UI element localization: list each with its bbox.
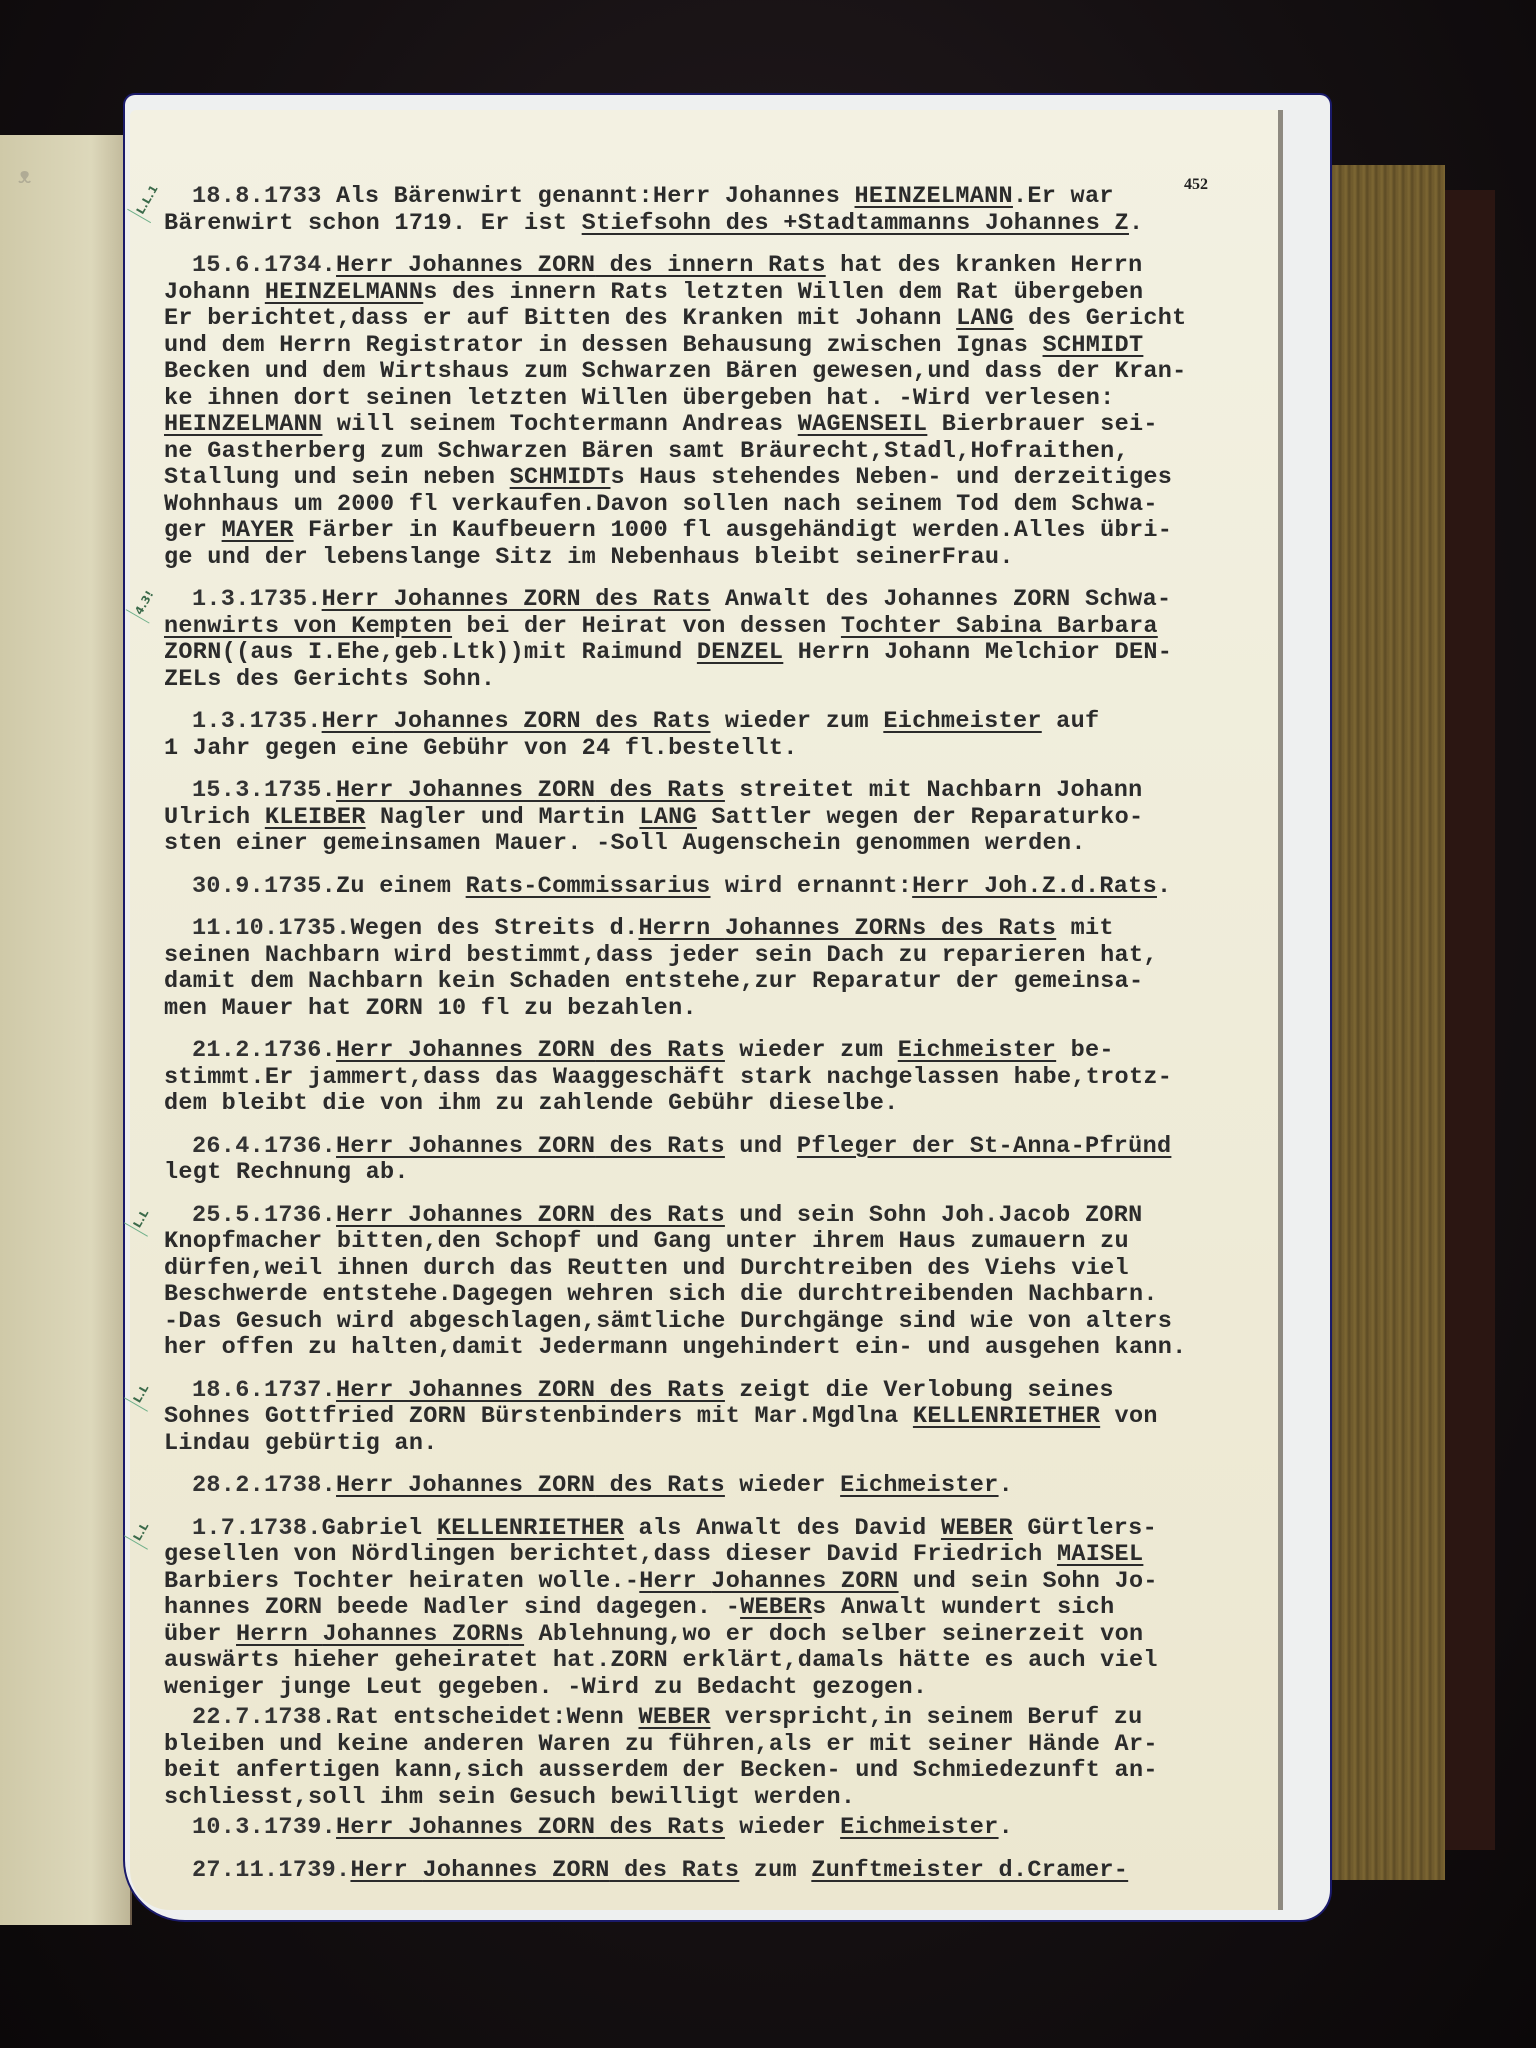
entry-22.7.1738: 22.7.1738.Rat entscheidet:Wenn WEBER ver… bbox=[164, 1705, 1254, 1811]
entry-1.3.1735: 1.3.1735.Herr Johannes ZORN des Rats wie… bbox=[164, 709, 1254, 762]
entry-date: 26.4.1736. bbox=[192, 1133, 336, 1160]
entry-line: men Mauer hat ZORN 10 fl zu bezahlen. bbox=[164, 996, 1254, 1023]
entry-11.10.1735: 11.10.1735.Wegen des Streits d.Herrn Joh… bbox=[164, 916, 1254, 1022]
book-page-edges bbox=[1325, 165, 1445, 1880]
entry-text: Herr Johannes ZORN des Rats Anwalt des J… bbox=[322, 586, 1172, 613]
entry-26.4.1736: 26.4.1736.Herr Johannes ZORN des Rats un… bbox=[164, 1134, 1254, 1187]
entry-text: Zu einem Rats-Commissarius wird ernannt:… bbox=[336, 873, 1171, 900]
entry-first-line: 25.5.1736.Herr Johannes ZORN des Rats un… bbox=[164, 1203, 1254, 1230]
entry-line: ne Gastherberg zum Schwarzen Bären samt … bbox=[164, 439, 1254, 466]
entry-line: Johann HEINZELMANNs des innern Rats letz… bbox=[164, 280, 1254, 307]
entry-first-line: 10.3.1739.Herr Johannes ZORN des Rats wi… bbox=[164, 1815, 1254, 1842]
entry-date: 1.3.1735. bbox=[192, 586, 322, 613]
entry-line: -Das Gesuch wird abgeschlagen,sämtliche … bbox=[164, 1309, 1254, 1336]
entry-first-line: 28.2.1738.Herr Johannes ZORN des Rats wi… bbox=[164, 1473, 1254, 1500]
entry-first-line: 1.7.1738.Gabriel KELLENRIETHER als Anwal… bbox=[164, 1516, 1254, 1543]
entry-15.6.1734: 15.6.1734.Herr Johannes ZORN des innern … bbox=[164, 253, 1254, 571]
entry-line: nenwirts von Kempten bei der Heirat von … bbox=[164, 614, 1254, 641]
entry-date: 15.6.1734. bbox=[192, 252, 336, 279]
entry-line: gesellen von Nördlingen berichtet,dass d… bbox=[164, 1542, 1254, 1569]
entry-text: Herr Johannes ZORN des Rats und Pfleger … bbox=[336, 1133, 1171, 1160]
margin-annotation: L.L.1 bbox=[127, 180, 167, 223]
entry-28.2.1738: 28.2.1738.Herr Johannes ZORN des Rats wi… bbox=[164, 1473, 1254, 1500]
bleed-through-text: ᴥ bbox=[18, 165, 31, 190]
entry-line: seinen Nachbarn wird bestimmt,dass jeder… bbox=[164, 943, 1254, 970]
margin-annotation: L.L bbox=[124, 1379, 158, 1411]
entry-text: Herr Johannes ZORN des Rats zeigt die Ve… bbox=[336, 1377, 1114, 1404]
entry-first-line: 18.6.1737.Herr Johannes ZORN des Rats ze… bbox=[164, 1378, 1254, 1405]
entry-text: Herr Johannes ZORN des Rats wieder zum E… bbox=[322, 708, 1100, 735]
entry-first-line: 18.8.1733 Als Bärenwirt genannt:Herr Joh… bbox=[164, 184, 1254, 211]
entry-line: sten einer gemeinsamen Mauer. -Soll Auge… bbox=[164, 831, 1254, 858]
entry-1.7.1738: 1.7.1738.Gabriel KELLENRIETHER als Anwal… bbox=[164, 1516, 1254, 1702]
entry-27.11.1739: 27.11.1739.Herr Johannes ZORN des Rats z… bbox=[164, 1858, 1254, 1885]
book-cover-edge bbox=[1445, 190, 1495, 1850]
entry-line: Knopfmacher bitten,den Schopf und Gang u… bbox=[164, 1229, 1254, 1256]
entry-line: her offen zu halten,damit Jedermann unge… bbox=[164, 1335, 1254, 1362]
entry-line: legt Rechnung ab. bbox=[164, 1160, 1254, 1187]
entry-line: ZELs des Gerichts Sohn. bbox=[164, 667, 1254, 694]
entry-first-line: 27.11.1739.Herr Johannes ZORN des Rats z… bbox=[164, 1858, 1254, 1885]
entry-date: 11.10.1735. bbox=[192, 915, 350, 942]
entry-first-line: 1.3.1735.Herr Johannes ZORN des Rats wie… bbox=[164, 709, 1254, 736]
entry-line: hannes ZORN beede Nadler sind dagegen. -… bbox=[164, 1595, 1254, 1622]
entry-first-line: 1.3.1735.Herr Johannes ZORN des Rats Anw… bbox=[164, 587, 1254, 614]
entry-line: bleiben und keine anderen Waren zu führe… bbox=[164, 1732, 1254, 1759]
entry-date: 25.5.1736. bbox=[192, 1202, 336, 1229]
entry-line: stimmt.Er jammert,dass das Waaggeschäft … bbox=[164, 1065, 1254, 1092]
entry-line: Bärenwirt schon 1719. Er ist Stiefsohn d… bbox=[164, 211, 1254, 238]
entry-line: Sohnes Gottfried ZORN Bürstenbinders mit… bbox=[164, 1404, 1254, 1431]
entry-date: 18.6.1737. bbox=[192, 1377, 336, 1404]
entry-line: ke ihnen dort seinen letzten Willen über… bbox=[164, 386, 1254, 413]
entry-first-line: 15.6.1734.Herr Johannes ZORN des innern … bbox=[164, 253, 1254, 280]
entry-text: Herr Johannes ZORN des Rats wieder Eichm… bbox=[336, 1472, 1013, 1499]
entry-line: auswärts hieher geheiratet hat.ZORN erkl… bbox=[164, 1648, 1254, 1675]
entry-date: 10.3.1739. bbox=[192, 1814, 336, 1841]
entry-first-line: 22.7.1738.Rat entscheidet:Wenn WEBER ver… bbox=[164, 1705, 1254, 1732]
entry-line: ZORN((aus I.Ehe,geb.Ltk))mit Raimund DEN… bbox=[164, 640, 1254, 667]
entry-line: ger MAYER Färber in Kaufbeuern 1000 fl a… bbox=[164, 518, 1254, 545]
entry-list: 18.8.1733 Als Bärenwirt genannt:Herr Joh… bbox=[164, 184, 1254, 1900]
entry-line: Barbiers Tochter heiraten wolle.-Herr Jo… bbox=[164, 1569, 1254, 1596]
entry-10.3.1739: 10.3.1739.Herr Johannes ZORN des Rats wi… bbox=[164, 1815, 1254, 1842]
margin-annotation: L.L bbox=[124, 1204, 158, 1236]
entry-line: Lindau gebürtig an. bbox=[164, 1431, 1254, 1458]
entry-line: 1 Jahr gegen eine Gebühr von 24 fl.beste… bbox=[164, 736, 1254, 763]
entry-text: Gabriel KELLENRIETHER als Anwalt des Dav… bbox=[322, 1515, 1157, 1542]
entry-1.3.1735: 1.3.1735.Herr Johannes ZORN des Rats Anw… bbox=[164, 587, 1254, 693]
entry-first-line: 11.10.1735.Wegen des Streits d.Herrn Joh… bbox=[164, 916, 1254, 943]
entry-line: Beschwerde entstehe.Dagegen wehren sich … bbox=[164, 1282, 1254, 1309]
entry-date: 30.9.1735. bbox=[192, 873, 336, 900]
entry-line: Wohnhaus um 2000 fl verkaufen.Davon soll… bbox=[164, 492, 1254, 519]
entry-date: 18.8.1733 bbox=[192, 183, 336, 210]
entry-first-line: 26.4.1736.Herr Johannes ZORN des Rats un… bbox=[164, 1134, 1254, 1161]
entry-18.6.1737: 18.6.1737.Herr Johannes ZORN des Rats ze… bbox=[164, 1378, 1254, 1458]
entry-line: beit anfertigen kann,sich ausserdem der … bbox=[164, 1758, 1254, 1785]
entry-line: Stallung und sein neben SCHMIDTs Haus st… bbox=[164, 465, 1254, 492]
entry-text: Herr Johannes ZORN des Rats wieder zum E… bbox=[336, 1037, 1114, 1064]
entry-text: Herr Johannes ZORN des Rats wieder Eichm… bbox=[336, 1814, 1013, 1841]
entry-date: 1.7.1738. bbox=[192, 1515, 322, 1542]
entry-21.2.1736: 21.2.1736.Herr Johannes ZORN des Rats wi… bbox=[164, 1038, 1254, 1118]
entry-line: dem bleibt die von ihm zu zahlende Gebüh… bbox=[164, 1091, 1254, 1118]
entry-text: Herr Johannes ZORN des innern Rats hat d… bbox=[336, 252, 1143, 279]
entry-18.8.1733: 18.8.1733 Als Bärenwirt genannt:Herr Joh… bbox=[164, 184, 1254, 237]
entry-text: Rat entscheidet:Wenn WEBER verspricht,in… bbox=[336, 1704, 1143, 1731]
entry-line: Becken und dem Wirtshaus zum Schwarzen B… bbox=[164, 359, 1254, 386]
entry-text: Wegen des Streits d.Herrn Johannes ZORNs… bbox=[350, 915, 1113, 942]
entry-first-line: 21.2.1736.Herr Johannes ZORN des Rats wi… bbox=[164, 1038, 1254, 1065]
entry-date: 22.7.1738. bbox=[192, 1704, 336, 1731]
entry-line: weniger junge Leut gegeben. -Wird zu Bed… bbox=[164, 1675, 1254, 1702]
entry-25.5.1736: 25.5.1736.Herr Johannes ZORN des Rats un… bbox=[164, 1203, 1254, 1362]
entry-line: schliesst,soll ihm sein Gesuch bewilligt… bbox=[164, 1785, 1254, 1812]
entry-first-line: 15.3.1735.Herr Johannes ZORN des Rats st… bbox=[164, 778, 1254, 805]
entry-line: ge und der lebenslange Sitz im Nebenhaus… bbox=[164, 545, 1254, 572]
entry-text: Herr Johannes ZORN des Rats und sein Soh… bbox=[336, 1202, 1143, 1229]
entry-line: dürfen,weil ihnen durch das Reutten und … bbox=[164, 1256, 1254, 1283]
entry-text: Herr Johannes ZORN des Rats zum Zunftmei… bbox=[350, 1857, 1128, 1884]
entry-date: 27.11.1739. bbox=[192, 1857, 350, 1884]
margin-annotation: L.L bbox=[124, 1517, 158, 1549]
entry-date: 28.2.1738. bbox=[192, 1472, 336, 1499]
entry-first-line: 30.9.1735.Zu einem Rats-Commissarius wir… bbox=[164, 874, 1254, 901]
entry-line: HEINZELMANN will seinem Tochtermann Andr… bbox=[164, 412, 1254, 439]
margin-annotation: 4.3! bbox=[126, 585, 163, 623]
entry-15.3.1735: 15.3.1735.Herr Johannes ZORN des Rats st… bbox=[164, 778, 1254, 858]
entry-text: Herr Johannes ZORN des Rats streitet mit… bbox=[336, 777, 1143, 804]
entry-line: und dem Herrn Registrator in dessen Beha… bbox=[164, 333, 1254, 360]
entry-date: 1.3.1735. bbox=[192, 708, 322, 735]
entry-text: Als Bärenwirt genannt:Herr Johannes HEIN… bbox=[336, 183, 1114, 210]
entry-line: über Herrn Johannes ZORNs Ablehnung,wo e… bbox=[164, 1622, 1254, 1649]
entry-date: 15.3.1735. bbox=[192, 777, 336, 804]
entry-30.9.1735: 30.9.1735.Zu einem Rats-Commissarius wir… bbox=[164, 874, 1254, 901]
entry-line: damit dem Nachbarn kein Schaden entstehe… bbox=[164, 969, 1254, 996]
typewritten-page: 452 18.8.1733 Als Bärenwirt genannt:Herr… bbox=[130, 110, 1283, 1910]
entry-date: 21.2.1736. bbox=[192, 1037, 336, 1064]
entry-line: Ulrich KLEIBER Nagler und Martin LANG Sa… bbox=[164, 805, 1254, 832]
entry-line: Er berichtet,dass er auf Bitten des Kran… bbox=[164, 306, 1254, 333]
left-book-page: ᴥ bbox=[0, 135, 132, 1925]
